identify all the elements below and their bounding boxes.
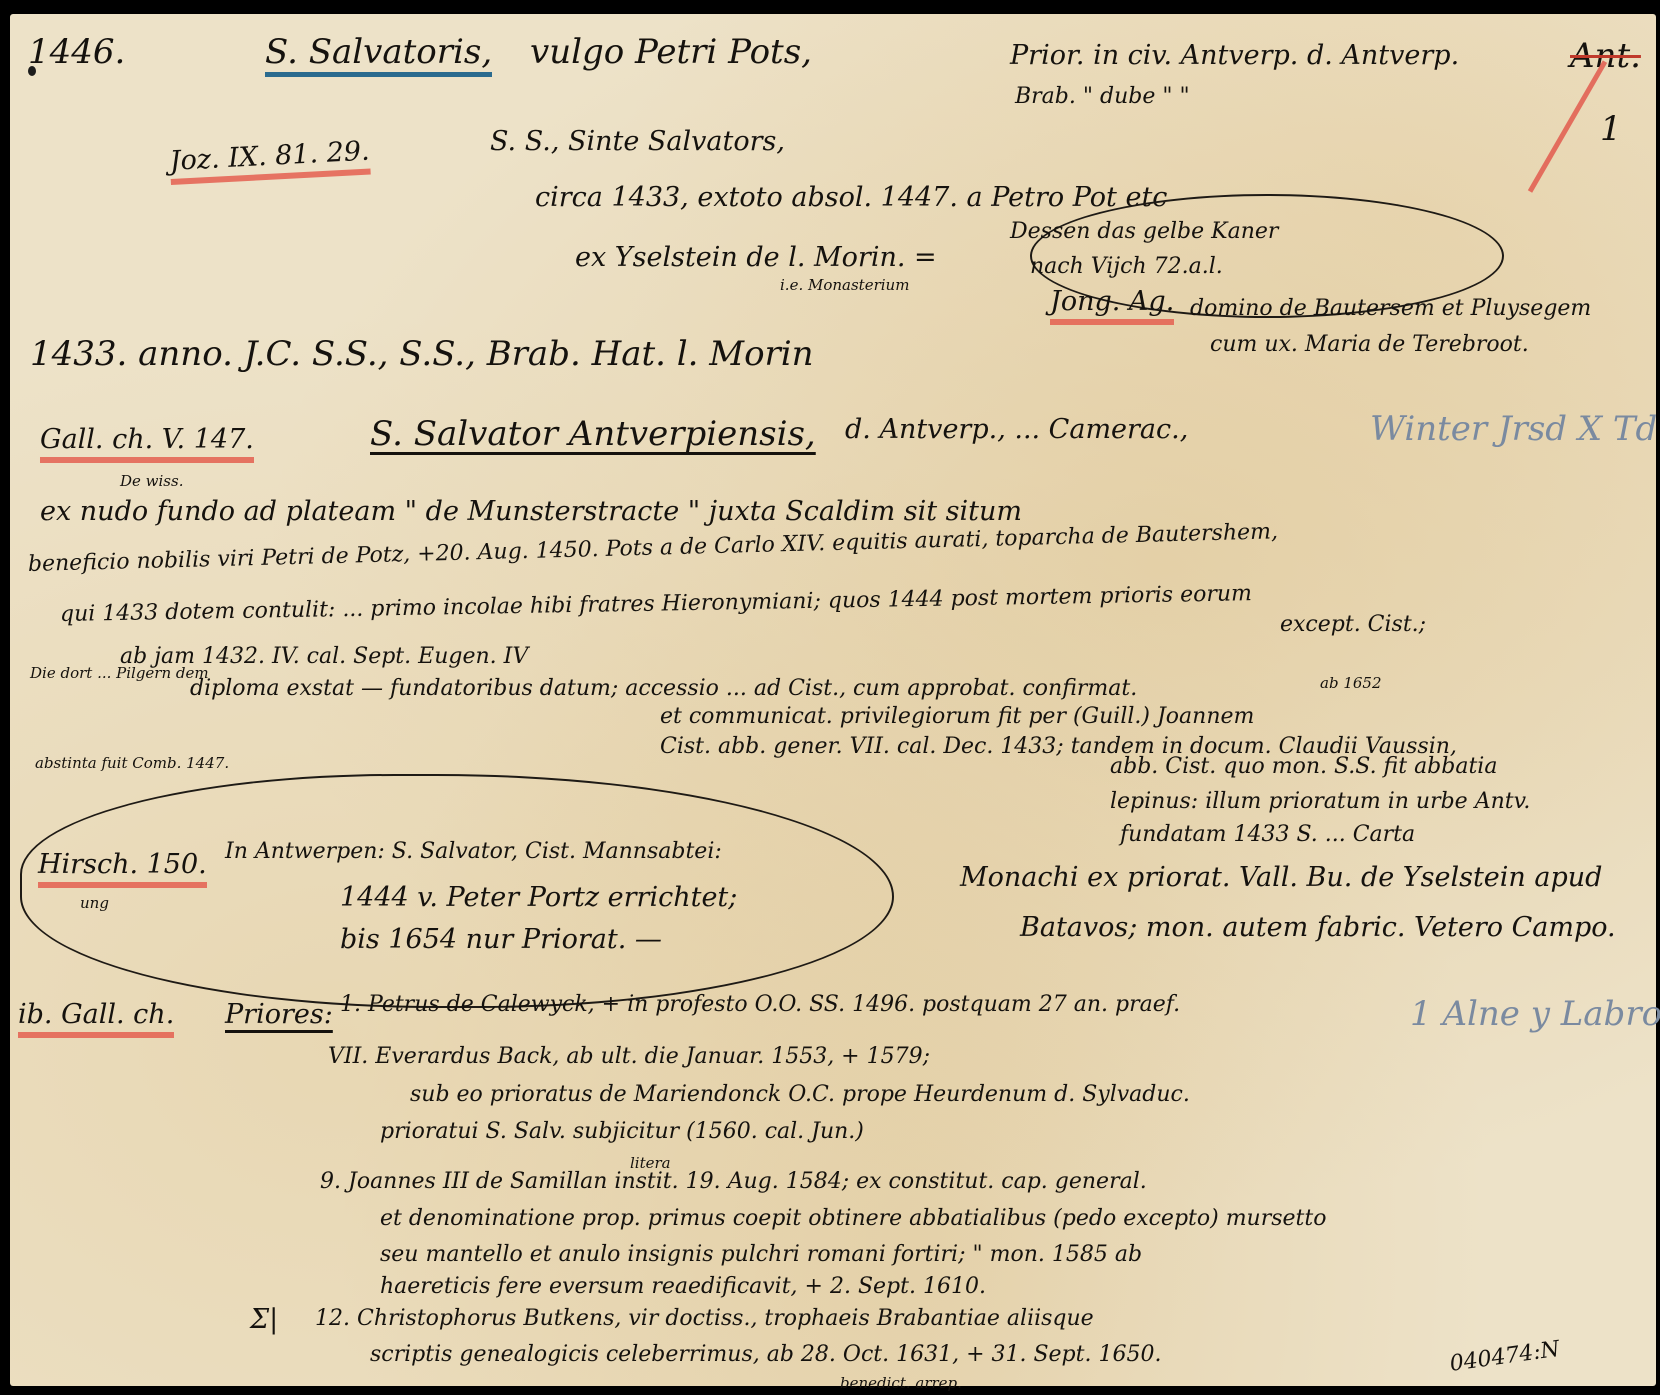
ref-hirsch-sub: ung bbox=[80, 894, 109, 912]
block3-line: ab jam 1432. IV. cal. Sept. Eugen. IV bbox=[120, 644, 528, 669]
prior-text: haereticis fere eversum reaedificavit, +… bbox=[380, 1274, 986, 1299]
margin-left-2: abstinta fuit Comb. 1447. bbox=[35, 754, 229, 772]
prior-text: Christophorus Butkens, vir doctiss., tro… bbox=[357, 1306, 1094, 1331]
block3-line: lepinus: illum prioratum in urbe Antv. bbox=[1110, 789, 1530, 814]
archival-index-card: 1446. S. Salvatoris, vulgo Petri Pots, P… bbox=[10, 14, 1656, 1386]
ref-gall-ch: Gall. ch. V. 147. bbox=[40, 424, 254, 463]
block3-line: beneficio nobilis viri Petri de Potz, +2… bbox=[28, 519, 1279, 577]
block3-title: S. Salvator Antverpiensis, bbox=[370, 414, 816, 454]
priores-heading: Priores: bbox=[225, 999, 333, 1030]
ref-joz: Joz. IX. 81. 29. bbox=[169, 136, 371, 185]
ref-gall-ch-sub: De wiss. bbox=[120, 472, 183, 490]
prior-number: 1. bbox=[340, 992, 361, 1017]
block4-right-line: Batavos; mon. autem fabric. Vetero Campo… bbox=[1020, 912, 1616, 943]
prior-text: prioratui S. Salv. subjicitur (1560. cal… bbox=[380, 1119, 864, 1144]
prior-entry: et denominatione prop. primus coepit obt… bbox=[380, 1206, 1326, 1231]
prior-text: Joannes III de Samillan instit. 19. Aug.… bbox=[348, 1169, 1147, 1194]
block4-line: 1444 v. Peter Portz errichtet; bbox=[340, 882, 737, 913]
prior-number: 9. bbox=[320, 1169, 341, 1194]
block3-line: except. Cist.; bbox=[1280, 612, 1426, 637]
block1-ref-jong: Jong. Ag. bbox=[1050, 286, 1174, 325]
header-location: Prior. in civ. Antverp. d. Antverp. bbox=[1010, 40, 1459, 71]
block1-line3: ex Yselstein de l. Morin. = bbox=[575, 242, 937, 273]
under-note: benedict. arrep. bbox=[840, 1374, 962, 1392]
prior-text: et denominatione prop. primus coepit obt… bbox=[380, 1206, 1326, 1231]
prior-entry: 12. Christophorus Butkens, vir doctiss.,… bbox=[315, 1306, 1094, 1331]
block1-line4-right: domino de Bautersem et Pluysegem bbox=[1190, 296, 1591, 321]
block4-line: bis 1654 nur Priorat. — bbox=[340, 924, 662, 955]
prior-entry: 9. Joannes III de Samillan instit. 19. A… bbox=[320, 1169, 1147, 1194]
corner-mark: 1 bbox=[1600, 109, 1622, 149]
prior-entry: scriptis genealogicis celeberrimus, ab 2… bbox=[370, 1342, 1161, 1367]
prior-number: 12. bbox=[315, 1306, 350, 1331]
block3-line: ex nudo fundo ad plateam " de Munsterstr… bbox=[40, 496, 1022, 527]
prior-number: VII. bbox=[328, 1044, 368, 1069]
prior-text: sub eo prioratus de Mariendonck O.C. pro… bbox=[410, 1082, 1190, 1107]
block1-line2: circa 1433, extoto absol. 1447. a Petro … bbox=[535, 182, 1167, 213]
block3-line: ab 1652 bbox=[1320, 674, 1382, 692]
pencil-note-alne: 1 Alne y Labroc bbox=[1410, 994, 1660, 1034]
prior-text: Everardus Back, ab ult. die Januar. 1553… bbox=[375, 1044, 930, 1069]
block3-line: et communicat. privilegiorum fit per (Gu… bbox=[660, 704, 1254, 729]
block3-line: qui 1433 dotem contulit: ... primo incol… bbox=[60, 581, 1252, 627]
block3-line: diploma exstat — fundatoribus datum; acc… bbox=[190, 676, 1137, 701]
prior-text: scriptis genealogicis celeberrimus, ab 2… bbox=[370, 1342, 1161, 1367]
corner-struck-text: Ant. bbox=[1570, 36, 1641, 76]
loop-note-2: nach Vijch 72.a.l. bbox=[1030, 254, 1223, 279]
block4-right-line: Monachi ex priorat. Vall. Bu. de Yselste… bbox=[960, 862, 1602, 893]
prior-entry: VII. Everardus Back, ab ult. die Januar.… bbox=[328, 1044, 930, 1069]
ref-ib-gall-ch: ib. Gall. ch. bbox=[18, 999, 174, 1038]
pencil-note-winter: Winter Jrsd X Td bbox=[1370, 409, 1657, 449]
block3-title-rest: d. Antverp., ... Camerac., bbox=[845, 414, 1188, 445]
prior-entry: prioratui S. Salv. subjicitur (1560. cal… bbox=[380, 1119, 864, 1144]
block1-line1: S. S., Sinte Salvators, bbox=[490, 126, 785, 157]
block3-line: fundatam 1433 S. ... Carta bbox=[1120, 822, 1415, 847]
margin-sigma-mark: Σ| bbox=[250, 1304, 278, 1335]
block2-line: 1433. anno. J.C. S.S., S.S., Brab. Hat. … bbox=[30, 334, 814, 374]
red-slash bbox=[1528, 60, 1607, 192]
header-alias: vulgo Petri Pots, bbox=[530, 32, 812, 72]
archive-stamp-number: 040474:N bbox=[1448, 1337, 1561, 1377]
block4-line: In Antwerpen: S. Salvator, Cist. Mannsab… bbox=[225, 839, 722, 864]
prior-entry: 1. Petrus de Calewyck, + in profesto O.O… bbox=[340, 992, 1180, 1017]
block1-line3-small: i.e. Monasterium bbox=[780, 276, 909, 294]
block3-line: abb. Cist. quo mon. S.S. fit abbatia bbox=[1110, 754, 1497, 779]
header-sub-location: Brab. " dube " " bbox=[1015, 84, 1190, 109]
prior-text: Petrus de Calewyck, + in profesto O.O. S… bbox=[368, 992, 1180, 1017]
prior-entry: seu mantello et anulo insignis pulchri r… bbox=[380, 1242, 1142, 1267]
header-title: S. Salvatoris, bbox=[265, 32, 492, 77]
prior-entry: haereticis fere eversum reaedificavit, +… bbox=[380, 1274, 986, 1299]
prior-entry: sub eo prioratus de Mariendonck O.C. pro… bbox=[410, 1082, 1190, 1107]
entry-number: 1446. bbox=[28, 32, 125, 72]
prior-text: seu mantello et anulo insignis pulchri r… bbox=[380, 1242, 1142, 1267]
ref-hirsch: Hirsch. 150. bbox=[38, 849, 207, 888]
block1-line4-right-2: cum ux. Maria de Terebroot. bbox=[1210, 332, 1529, 357]
loop-note-1: Dessen das gelbe Kaner bbox=[1010, 219, 1278, 244]
